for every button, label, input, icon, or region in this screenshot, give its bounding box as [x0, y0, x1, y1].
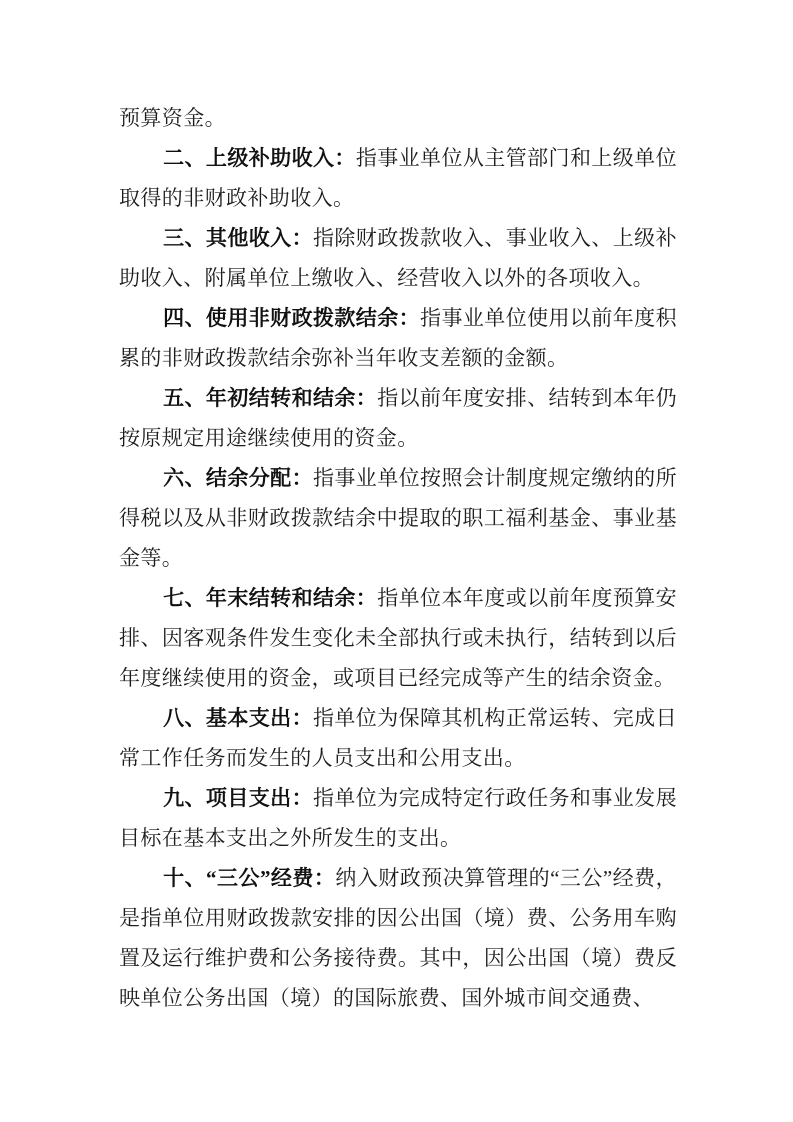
paragraph-term: 十、“三公”经费：	[163, 866, 335, 890]
paragraph: 五、年初结转和结余：指以前年度安排、结转到本年仍按原规定用途继续使用的资金。	[119, 378, 677, 458]
paragraph: 二、上级补助收入：指事业单位从主管部门和上级单位取得的非财政补助收入。	[119, 138, 677, 218]
paragraph: 七、年末结转和结余：指单位本年度或以前年度预算安排、因客观条件发生变化未全部执行…	[119, 578, 677, 698]
paragraph-term: 二、上级补助收入：	[163, 146, 356, 170]
paragraph: 八、基本支出：指单位为保障其机构正常运转、完成日常工作任务而发生的人员支出和公用…	[119, 698, 677, 778]
paragraph: 四、使用非财政拨款结余：指事业单位使用以前年度积累的非财政拨款结余弥补当年收支差…	[119, 298, 677, 378]
paragraph-term: 九、项目支出：	[163, 786, 313, 810]
paragraph-term: 七、年末结转和结余：	[163, 586, 377, 610]
document-page: 预算资金。 二、上级补助收入：指事业单位从主管部门和上级单位取得的非财政补助收入…	[0, 0, 793, 1122]
paragraph: 预算资金。	[119, 98, 677, 138]
paragraph: 三、其他收入：指除财政拨款收入、事业收入、上级补助收入、附属单位上缴收入、经营收…	[119, 218, 677, 298]
paragraph: 六、结余分配：指事业单位按照会计制度规定缴纳的所得税以及从非财政拨款结余中提取的…	[119, 458, 677, 578]
paragraph-term: 五、年初结转和结余：	[163, 386, 377, 410]
paragraph-text: 预算资金。	[119, 106, 226, 130]
document-content: 预算资金。 二、上级补助收入：指事业单位从主管部门和上级单位取得的非财政补助收入…	[119, 98, 677, 1018]
paragraph-term: 六、结余分配：	[163, 466, 313, 490]
paragraph-term: 三、其他收入：	[163, 226, 313, 250]
paragraph: 十、“三公”经费：纳入财政预决算管理的“三公”经费，是指单位用财政拨款安排的因公…	[119, 858, 677, 1018]
paragraph-term: 四、使用非财政拨款结余：	[163, 306, 420, 330]
paragraph-term: 八、基本支出：	[163, 706, 313, 730]
paragraph: 九、项目支出：指单位为完成特定行政任务和事业发展目标在基本支出之外所发生的支出。	[119, 778, 677, 858]
